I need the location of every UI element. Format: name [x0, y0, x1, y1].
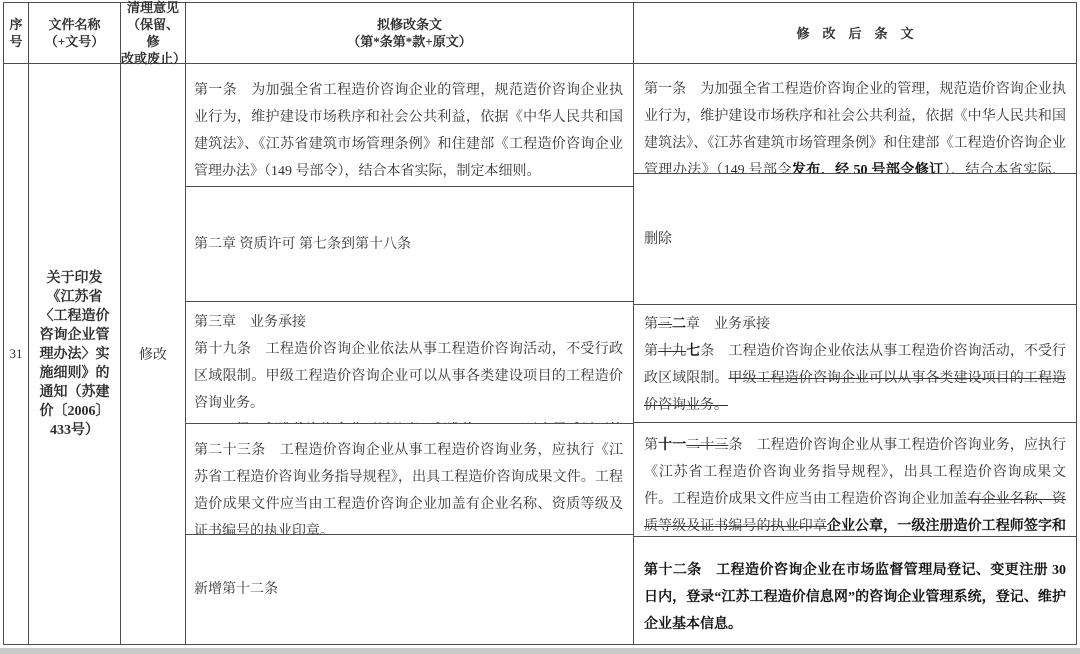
table-header-row: 序 号 文件名称 （+文号） 清理意见 （保留、修 改或废止） 拟修改条文 （第…	[4, 3, 1076, 64]
regulation-revision-table: 序 号 文件名称 （+文号） 清理意见 （保留、修 改或废止） 拟修改条文 （第…	[3, 2, 1077, 645]
revised-article-19-cell: 第三二章 业务承接第十九七条 工程造价咨询企业依法从事工程造价咨询活动，不受行政…	[634, 305, 1076, 423]
header-revised-provisions: 修改后条文	[634, 3, 1076, 63]
proposed-provisions-column: 第一条 为加强全省工程造价咨询企业的管理，规范造价咨询企业执业行为，维护建设市场…	[186, 64, 634, 644]
revised-chapter-2-cell: 删除	[634, 174, 1076, 305]
header-proposed-provisions: 拟修改条文 （第*条第*款+原文）	[186, 3, 634, 63]
proposed-article-1-cell: 第一条 为加强全省工程造价咨询企业的管理，规范造价咨询企业执业行为，维护建设市场…	[186, 64, 633, 187]
table-row: 31 关于印发《江苏省〈工程造价咨询企业管理办法〉实施细则》的通知（苏建价〔20…	[4, 64, 1076, 644]
proposed-article-19-cell: 第三章 业务承接第十九条 工程造价咨询企业依法从事工程造价咨询活动，不受行政区域…	[186, 302, 633, 424]
revised-article-23-cell: 第十一二十三条 工程造价咨询企业从事工程造价咨询业务，应执行《江苏省工程造价咨询…	[634, 423, 1076, 537]
proposed-article-23-cell: 第二十三条 工程造价咨询企业从事工程造价咨询业务，应执行《江苏省工程造价咨询业务…	[186, 424, 633, 535]
scan-margin	[0, 648, 1080, 654]
serial-number-cell: 31	[4, 64, 29, 644]
proposed-new-article-cell: 新增第十二条	[186, 535, 633, 644]
revised-article-1-cell: 第一条 为加强全省工程造价咨询企业的管理，规范造价咨询企业执业行为，维护建设市场…	[634, 64, 1076, 174]
revised-new-article-cell: 第十二条 工程造价咨询企业在市场监督管理局登记、变更注册 30 日内，登录“江苏…	[634, 537, 1076, 644]
cleanup-opinion-cell: 修改	[121, 64, 186, 644]
header-cleanup-opinion: 清理意见 （保留、修 改或废止）	[121, 3, 186, 63]
document-name-text: 关于印发《江苏省〈工程造价咨询企业管理办法〉实施细则》的通知（苏建价〔2006〕…	[29, 265, 120, 444]
header-serial-number: 序 号	[4, 3, 29, 63]
proposed-chapter-2-cell: 第二章 资质许可 第七条到第十八条	[186, 187, 633, 302]
document-name-cell: 关于印发《江苏省〈工程造价咨询企业管理办法〉实施细则》的通知（苏建价〔2006〕…	[29, 64, 121, 644]
revised-provisions-column: 第一条 为加强全省工程造价咨询企业的管理，规范造价咨询企业执业行为，维护建设市场…	[634, 64, 1076, 644]
document-page: 序 号 文件名称 （+文号） 清理意见 （保留、修 改或废止） 拟修改条文 （第…	[0, 0, 1080, 648]
header-document-name: 文件名称 （+文号）	[29, 3, 121, 63]
